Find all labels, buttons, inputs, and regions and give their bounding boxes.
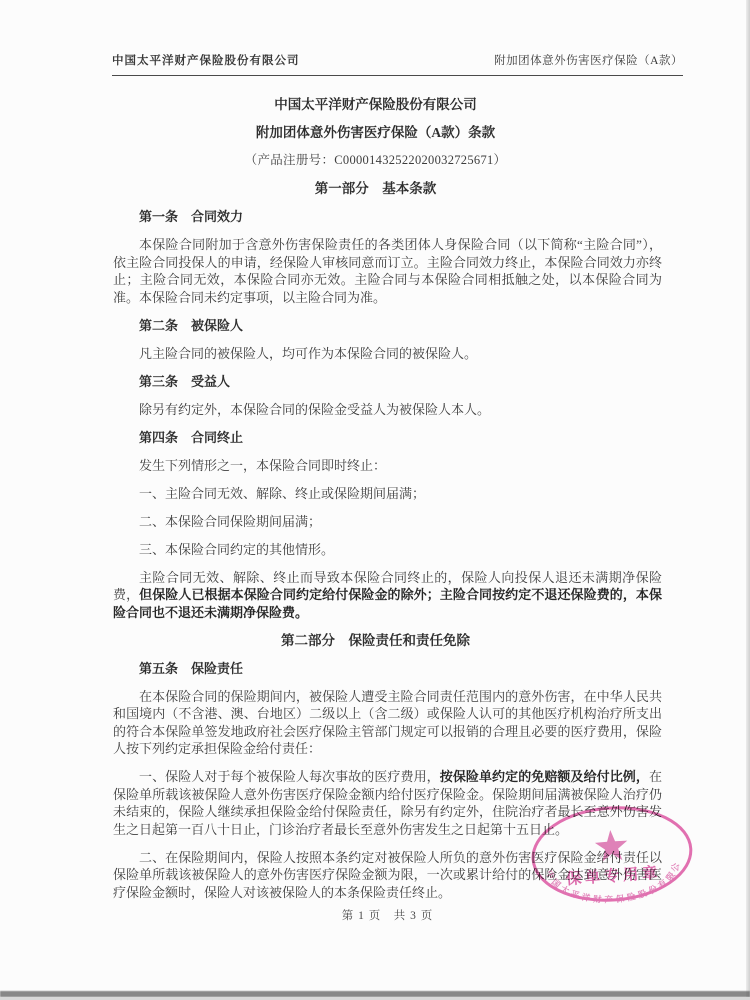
clause-list-item: 二、本保险合同保险期间届满；: [113, 513, 662, 531]
document-page: 中国太平洋财产保险股份有限公司 附加团体意外伤害医疗保险（A款） 中国太平洋财产…: [0, 0, 750, 1000]
article5-heading: 第五条 保险责任: [113, 660, 662, 678]
doc-subtitle: 附加团体意外伤害医疗保险（A款）条款: [113, 124, 638, 142]
clause-paragraph: 凡主险合同的被保险人，均可作为本保险合同的被保险人。: [113, 345, 662, 363]
part2-heading: 第二部分 保险责任和责任免除: [113, 632, 638, 650]
clause-paragraph: 发生下列情形之一，本保险合同即时终止：: [113, 457, 662, 475]
clause-list-item: 一、主险合同无效、解除、终止或保险期间届满；: [113, 485, 662, 503]
clause-paragraph: 主险合同无效、解除、终止而导致本保险合同终止的，保险人向投保人退还未满期净保险费…: [113, 569, 662, 622]
clause-paragraph: 本保险合同附加于含意外伤害保险责任的各类团体人身保险合同（以下简称“主险合同”）…: [113, 236, 662, 306]
product-registration-number: （产品注册号：C00001432522020032725671）: [113, 152, 638, 170]
article3-heading: 第三条 受益人: [113, 373, 662, 391]
document-body: 中国太平洋财产保险股份有限公司 附加团体意外伤害医疗保险（A款）条款 （产品注册…: [113, 96, 662, 912]
scan-edge-right: [746, 0, 750, 1000]
clause-text-bold: 但保险人已根据本保险合同约定给付保险金的除外；主险合同按约定不退还保险费的，本保…: [113, 587, 662, 620]
clause-list-item: 一、保险人对于每个被保险人每次事故的医疗费用，按保险单约定的免赔额及给付比例，在…: [113, 768, 662, 838]
article4-heading: 第四条 合同终止: [113, 429, 662, 447]
clause-text: 一、保险人对于每个被保险人每次事故的医疗费用，: [139, 769, 440, 784]
product-name-header: 附加团体意外伤害医疗保险（A款）: [494, 52, 683, 68]
article1-heading: 第一条 合同效力: [113, 208, 662, 226]
page-footer: 第 1 页 共 3 页: [113, 907, 662, 923]
clause-paragraph: 在本保险合同的保险期间内，被保险人遭受主险合同责任范围内的意外伤害，在中华人民共…: [113, 688, 662, 758]
article2-heading: 第二条 被保险人: [113, 317, 662, 335]
clause-list-item: 三、本保险合同约定的其他情形。: [113, 541, 662, 559]
company-name-header: 中国太平洋财产保险股份有限公司: [112, 52, 300, 68]
doc-title: 中国太平洋财产保险股份有限公司: [113, 96, 638, 114]
clause-text-bold: 按保险单约定的免赔额及给付比例，: [440, 769, 649, 784]
clause-list-item: 二、在保险期间内，保险人按照本条约定对被保险人所负的意外伤害医疗保险金给付责任以…: [113, 849, 662, 902]
clause-paragraph: 除另有约定外，本保险合同的保险金受益人为被保险人本人。: [113, 401, 662, 419]
part1-heading: 第一部分 基本条款: [113, 180, 638, 198]
page-header: 中国太平洋财产保险股份有限公司 附加团体意外伤害医疗保险（A款）: [112, 52, 683, 76]
